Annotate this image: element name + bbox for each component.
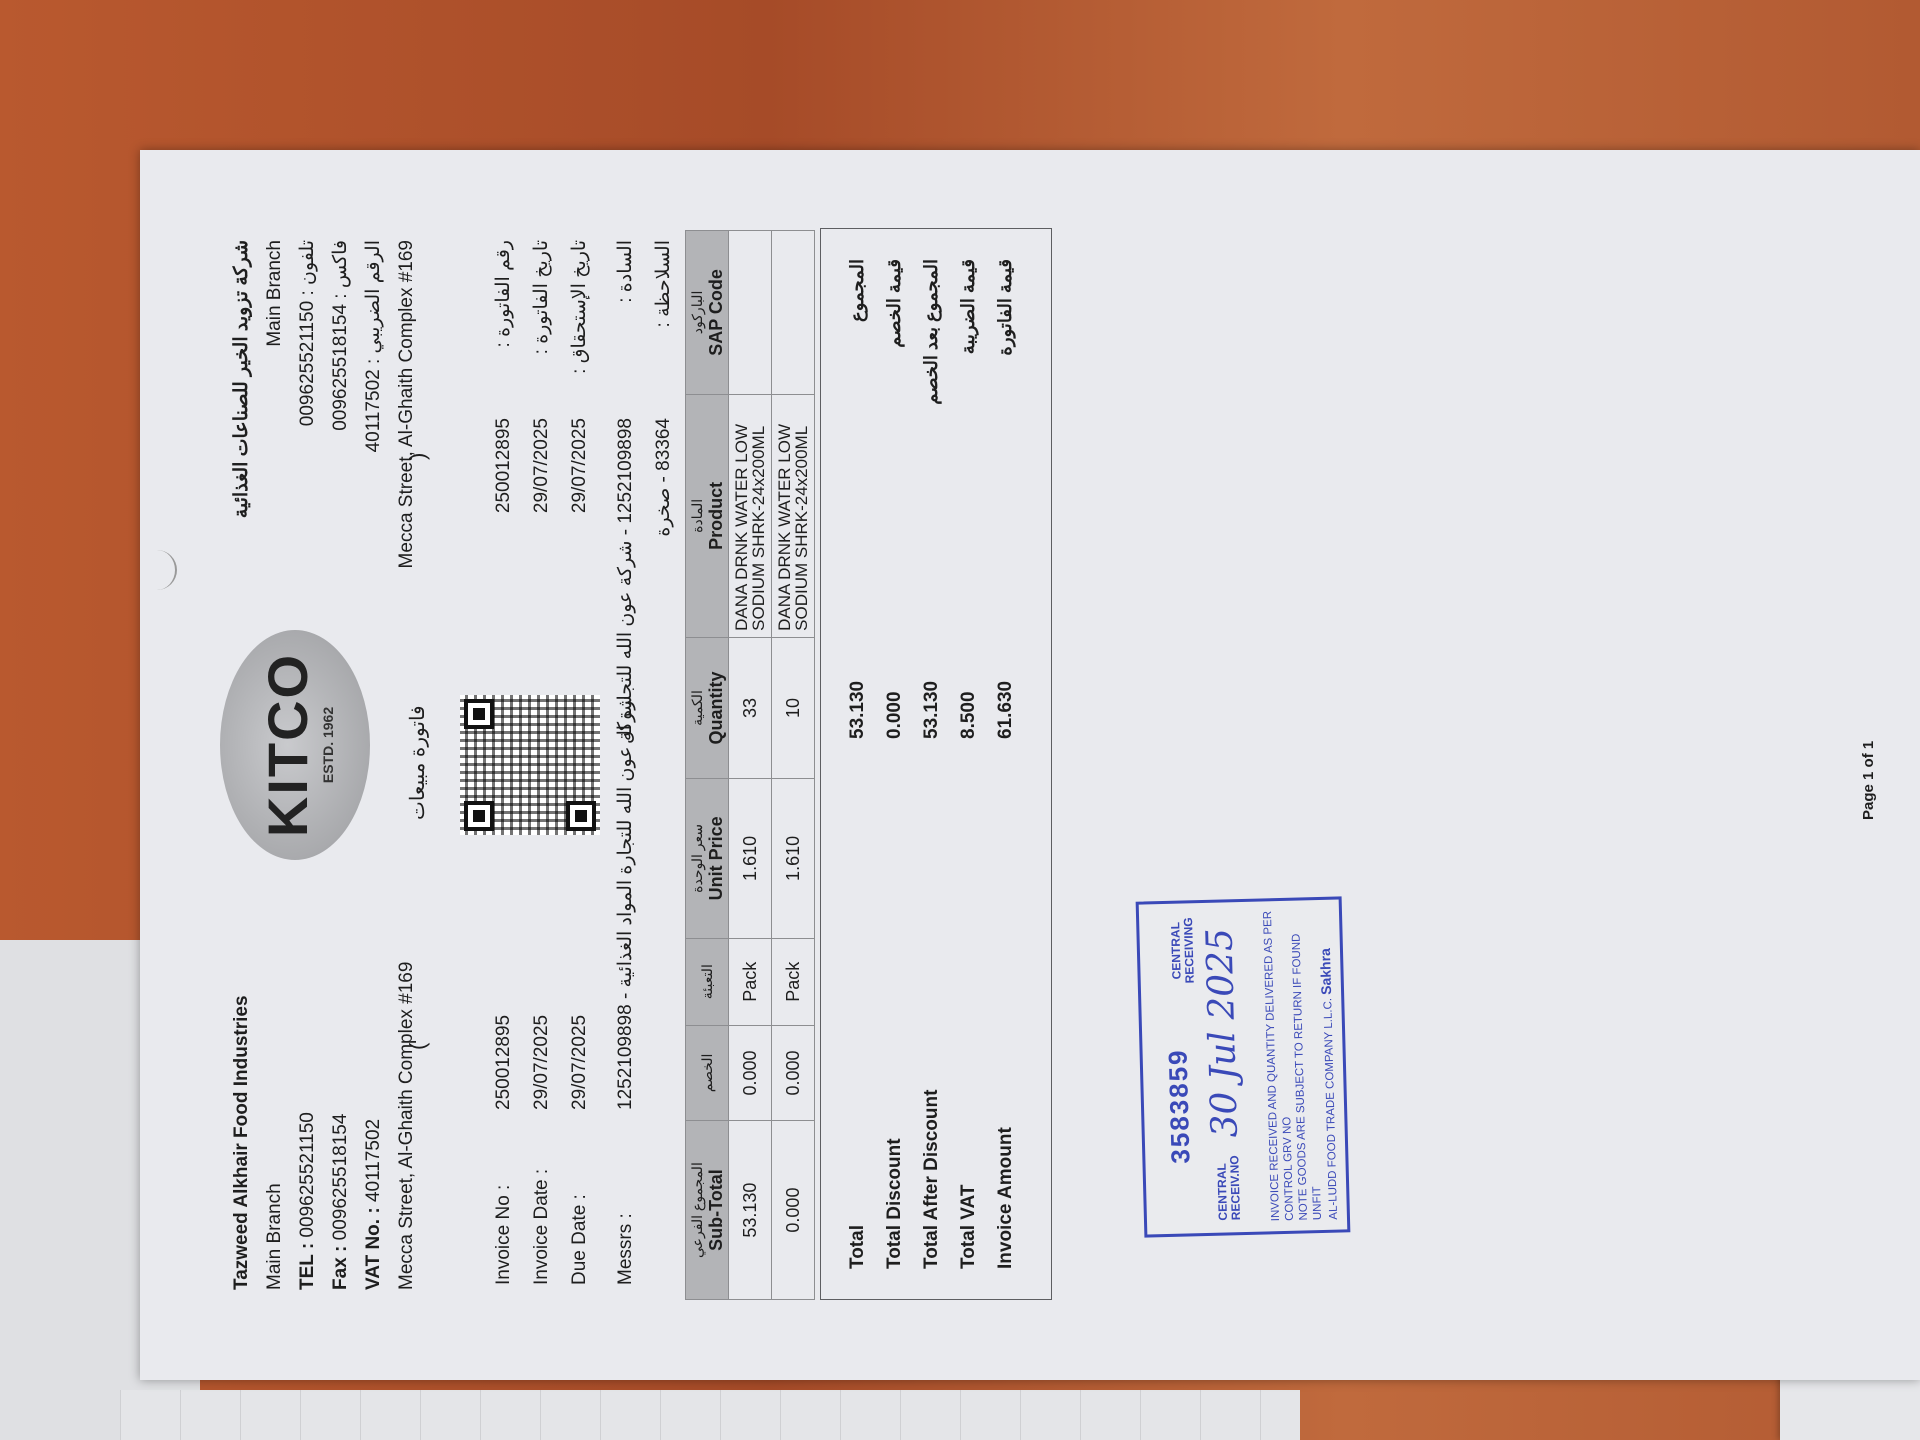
messrs-value: 1252109898 - شركة عون الله للتجارة الموا… (607, 695, 645, 1110)
totals-box: Total Total Discount Total After Discoun… (820, 228, 1052, 1300)
invoice-date-label: Invoice Date : (523, 1110, 561, 1285)
stamp-left-label: CENTRAL RECEIV.NO (1215, 1160, 1243, 1221)
invoice-meta-ar: 250012895رقم الفاتورة : 29/07/2025تاريخ … (485, 240, 683, 744)
stamp-handwritten-date: 30 Jul 2025 (1199, 928, 1245, 1138)
col-unit-price: سعر الوحدةUnit Price (686, 779, 729, 938)
company-address-ar: Mecca Street, Al-Ghaith Complex #169 (390, 240, 423, 568)
invoice-date-value: 29/07/2025 (523, 1015, 561, 1110)
totals-labels-ar: المجموع قيمة الخصم المجموع بعد الخصم قيم… (839, 259, 1024, 405)
background-form-grid (120, 1390, 1300, 1440)
row-sap-code (729, 231, 772, 395)
col-subtotal: المجموع الفرعيSub-Total (686, 1121, 729, 1300)
company-name-ar: شركة تزويد الخير للصناعات الغذائية (225, 240, 258, 568)
page-number: Page 1 of 1 (1860, 741, 1877, 820)
company-branch-ar: Main Branch (258, 240, 291, 568)
col-pack: التعبئة (686, 938, 729, 1025)
salesman-label-ar: السلاحظة : (645, 240, 683, 390)
messrs-value-ar: 1252109898 - شركة عون الله للتجارة ال (607, 418, 645, 744)
company-name: Tazweed Alkhair Food Industries (225, 962, 258, 1290)
invoice-no-value: 250012895 (485, 1015, 523, 1110)
title-paren-open: ( (405, 1043, 431, 1050)
company-address: Mecca Street, Al-Ghaith Complex #169 (390, 962, 423, 1290)
messrs-label: Messrs : (607, 1110, 645, 1285)
invoice-amount-value: 61.630 (987, 681, 1024, 739)
title-paren-close: ) (405, 453, 431, 460)
row-subtotal: 0.000 (772, 1121, 815, 1300)
row-discount: 0.000 (772, 1025, 815, 1120)
receiving-stamp: 3583859 30 Jul 2025 CENTRAL RECEIV.NO CE… (1136, 896, 1351, 1237)
due-date-value: 29/07/2025 (561, 1015, 599, 1110)
totals-values: 53.130 0.000 53.130 8.500 61.630 (839, 681, 1024, 739)
row-product: DANA DRNK WATER LOW SODIUM SHRK-24x200ML (729, 394, 772, 637)
invoice-date-label-ar: تاريخ الفاتورة : (523, 240, 561, 390)
company-fax: Fax : 009625518154 (324, 962, 357, 1290)
invoice-date-value-ar: 29/07/2025 (523, 418, 561, 513)
row-quantity: 10 (772, 637, 815, 778)
row-pack: Pack (772, 938, 815, 1025)
stamp-right-label: CENTRAL RECEIVING (1169, 915, 1197, 986)
salesman-value-ar: 83364 - صخرة (645, 418, 683, 537)
company-header-en: Tazweed Alkhair Food Industries Main Bra… (225, 962, 423, 1290)
row-discount: 0.000 (729, 1025, 772, 1120)
due-date-label-ar: تاريخ الإستحقاق : (561, 240, 599, 390)
company-branch: Main Branch (258, 962, 291, 1290)
total-vat-value: 8.500 (950, 681, 987, 739)
company-tel: TEL : 009625521150 (291, 962, 324, 1290)
kitco-logo: KITCO ESTD. 1962 (220, 630, 370, 860)
stamp-note: INVOICE RECEIVED AND QUANTITY DELIVERED … (1261, 908, 1341, 1222)
company-header-ar: شركة تزويد الخير للصناعات الغذائية Main … (225, 240, 423, 568)
company-tel-ar: تلفون : 009625521150 (291, 240, 324, 568)
invoice-no-label-ar: رقم الفاتورة : (485, 240, 523, 390)
table-row: 0.000 0.000 Pack 1.610 10 DANA DRNK WATE… (772, 231, 815, 1300)
document-title: فاتورة مبيعات (405, 705, 430, 820)
due-date-value-ar: 29/07/2025 (561, 418, 599, 513)
col-discount: الخصم (686, 1025, 729, 1120)
total-value: 53.130 (839, 681, 876, 739)
invoice-meta-en: Invoice No :250012895 Invoice Date :29/0… (485, 695, 645, 1285)
table-row: 53.130 0.000 Pack 1.610 33 DANA DRNK WAT… (729, 231, 772, 1300)
punch-hole-mark (135, 550, 177, 590)
row-unit-price: 1.610 (729, 779, 772, 938)
row-subtotal: 53.130 (729, 1121, 772, 1300)
company-vat-ar: الرقم الضريبي : 40117502 (357, 240, 390, 568)
items-header-row: المجموع الفرعيSub-Total الخصم التعبئة سع… (686, 231, 729, 1300)
row-quantity: 33 (729, 637, 772, 778)
row-sap-code (772, 231, 815, 395)
row-unit-price: 1.610 (772, 779, 815, 938)
stamp-number: 3583859 (1162, 1048, 1196, 1164)
messrs-label-ar: السادة : (607, 240, 645, 390)
due-date-label: Due Date : (561, 1110, 599, 1285)
row-product: DANA DRNK WATER LOW SODIUM SHRK-24x200ML (772, 394, 815, 637)
company-fax-ar: فاكس : 009625518154 (324, 240, 357, 568)
items-table: المجموع الفرعيSub-Total الخصم التعبئة سع… (685, 230, 815, 1300)
total-discount-value: 0.000 (876, 681, 913, 739)
invoice-no-value-ar: 250012895 (485, 418, 523, 513)
col-product: المادةProduct (686, 394, 729, 637)
row-pack: Pack (729, 938, 772, 1025)
invoice-no-label: Invoice No : (485, 1110, 523, 1285)
col-quantity: الكميةQuantity (686, 637, 729, 778)
total-after-discount-value: 53.130 (913, 681, 950, 739)
invoice-paper: Tazweed Alkhair Food Industries Main Bra… (140, 150, 1920, 1380)
company-vat: VAT No. : 40117502 (357, 962, 390, 1290)
totals-labels-en: Total Total Discount Total After Discoun… (839, 1090, 1024, 1269)
col-sap-code: الباركودSAP Code (686, 231, 729, 395)
